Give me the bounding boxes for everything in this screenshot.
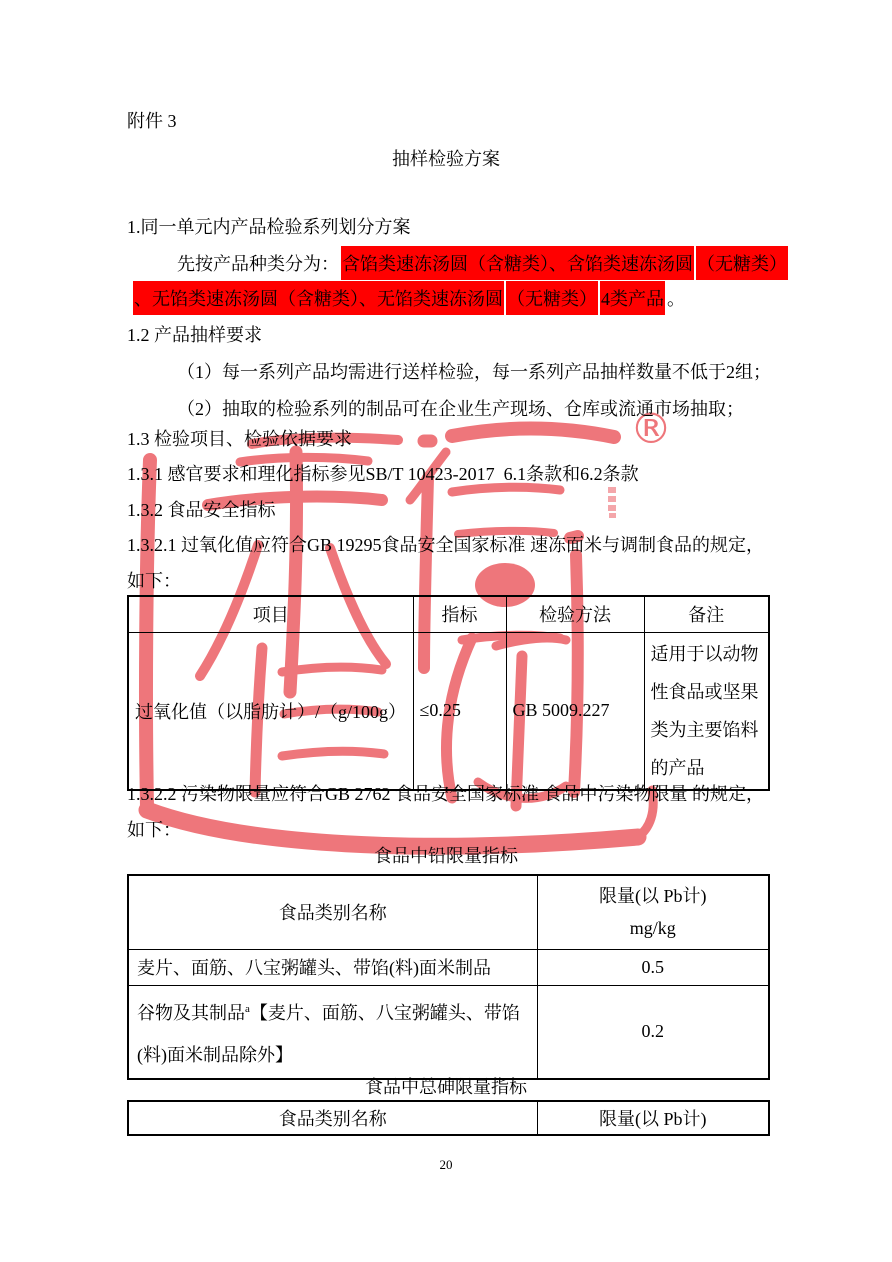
table2-row1-category: 麦片、面筋、八宝粥罐头、带馅(料)面米制品 [128,949,537,985]
table3-header-category: 食品类别名称 [128,1101,537,1135]
section12-item2: （2）抽取的检验系列的制品可在企业生产现场、仓库或流通市场抽取； [177,396,744,422]
table1-cell-item: 过氧化值（以脂肪计）/（g/100g） [128,632,413,790]
highlight-segment: 、无馅类速冻汤圆（含糖类）、无馅类速冻汤圆 [133,281,504,315]
table1-cell-limit: ≤0.25 [413,632,506,790]
table1-header-note: 备注 [644,596,769,632]
section132-text: 1.3.2 食品安全指标 [127,497,276,523]
table2-row1-limit: 0.5 [537,949,769,985]
lead-limit-table: 食品类别名称 限量(以 Pb计) mg/kg 麦片、面筋、八宝粥罐头、带馅(料)… [127,874,770,1080]
table3-header-limit: 限量(以 Pb计) [537,1101,769,1135]
table1-cell-method: GB 5009.227 [506,632,644,790]
section131-text: 1.3.1 感官要求和理化指标参见SB/T 10423-2017 6.1条款和6… [127,461,639,487]
section1-intro-line2: 、无馅类速冻汤圆（含糖类）、无馅类速冻汤圆 （无糖类） 4类产品 。 [133,281,685,315]
section12-heading: 1.2 产品抽样要求 [127,322,262,348]
page-title: 抽样检验方案 [0,146,892,172]
section1321-text: 1.3.2.1 过氧化值应符合GB 19295食品安全国家标准 速冻面米与调制食… [127,532,764,558]
section1-heading: 1.同一单元内产品检验系列划分方案 [127,214,411,240]
intro-prefix: 先按产品种类分为： [177,246,339,280]
table2-row2-limit: 0.2 [537,985,769,1079]
document-page: 附件 3 抽样检验方案 1.同一单元内产品检验系列划分方案 先按产品种类分为： … [0,0,892,1262]
highlight-segment: 4类产品 [600,281,665,315]
section12-item1: （1）每一系列产品均需进行送样检验，每一系列产品抽样数量不低于2组； [177,359,771,385]
table-row: 麦片、面筋、八宝粥罐头、带馅(料)面米制品 0.5 [128,949,769,985]
arsenic-limit-table: 食品类别名称 限量(以 Pb计) [127,1100,770,1136]
arsenic-table-title: 食品中总砷限量指标 [0,1074,892,1100]
table-row: 过氧化值（以脂肪计）/（g/100g） ≤0.25 GB 5009.227 适用… [128,632,769,790]
category-prefix: 谷物及其制品 [137,1003,245,1023]
line2-suffix: 。 [667,281,685,315]
section1-intro-line1: 先按产品种类分为： 含馅类速冻汤圆（含糖类）、含馅类速冻汤圆 （无糖类） [177,246,788,280]
section1322-text: 1.3.2.2 污染物限量应符合GB 2762 食品安全国家标准 食品中污染物限… [127,781,764,807]
attachment-label: 附件 3 [127,108,177,134]
table2-header-limit: 限量(以 Pb计) mg/kg [537,875,769,949]
section1321-follow: 如下： [127,568,181,594]
table1-header-limit: 指标 [413,596,506,632]
section1322-follow: 如下： [127,817,181,843]
section13-heading: 1.3 检验项目、检验依据要求 [127,426,352,452]
table2-header-limit-line2: mg/kg [544,912,763,944]
table2-row2-category: 谷物及其制品a【麦片、面筋、八宝粥罐头、带馅(料)面米制品除外】 [128,985,537,1079]
peroxide-table: 项目 指标 检验方法 备注 过氧化值（以脂肪计）/（g/100g） ≤0.25 … [127,595,770,791]
lead-table-title: 食品中铅限量指标 [0,843,892,869]
table1-header-item: 项目 [128,596,413,632]
table2-header-category: 食品类别名称 [128,875,537,949]
page-number: 20 [0,1152,892,1178]
highlight-segment: （无糖类） [696,246,788,280]
table-row: 谷物及其制品a【麦片、面筋、八宝粥罐头、带馅(料)面米制品除外】 0.2 [128,985,769,1079]
table1-header-method: 检验方法 [506,596,644,632]
highlight-segment: （无糖类） [506,281,598,315]
table2-header-limit-line1: 限量(以 Pb计) [544,880,763,912]
table1-cell-note: 适用于以动物性食品或坚果类为主要馅料的产品 [644,632,769,790]
highlight-segment: 含馅类速冻汤圆（含糖类）、含馅类速冻汤圆 [341,246,694,280]
